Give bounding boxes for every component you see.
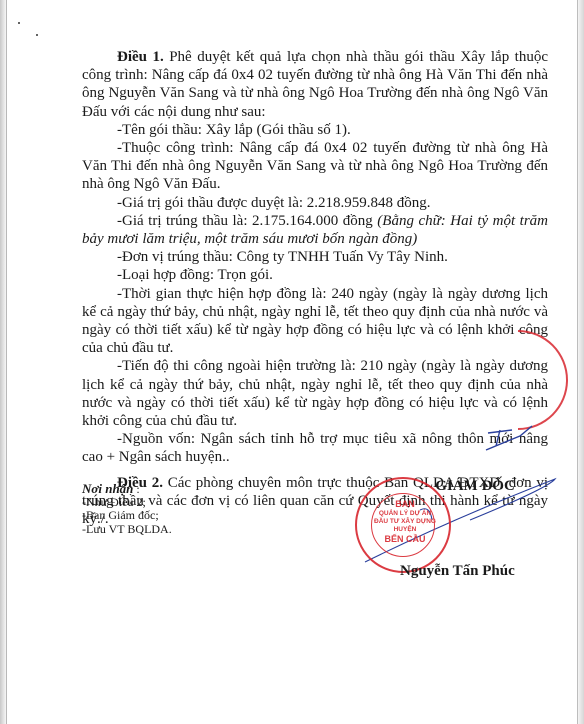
recipients-title: Nơi nhận : [82, 482, 172, 496]
article-1-heading: Điều 1. [117, 49, 164, 65]
item-contract-type: -Loại hợp đồng: Trọn gói. [82, 266, 548, 284]
recipients-block: Nơi nhận : -Như Điều 2; -Ban Giám đốc; -… [82, 482, 172, 536]
item-approved-value: -Giá trị gói thầu được duyệt là: 2.218.9… [82, 194, 548, 212]
recipient-item: -Ban Giám đốc; [82, 509, 172, 522]
recipient-item: -Lưu VT BQLDA. [82, 523, 172, 536]
item-funding-source: -Nguồn vốn: Ngân sách tỉnh hỗ trợ mục ti… [82, 430, 548, 466]
item-package-name: -Tên gói thầu: Xây lắp (Gói thầu số 1). [82, 121, 548, 139]
item-project: -Thuộc công trình: Nâng cấp đá 0x4 02 tu… [82, 139, 548, 194]
item-winning-contractor: -Đơn vị trúng thầu: Công ty TNHH Tuấn Vy… [82, 248, 548, 266]
signer-name: Nguyễn Tấn Phúc [400, 563, 515, 580]
right-border [577, 0, 584, 724]
article-1: Điều 1. Phê duyệt kết quả lựa chọn nhà t… [82, 48, 548, 121]
page-seal-partial [518, 330, 568, 430]
scan-speck [18, 22, 20, 24]
scan-speck [36, 34, 38, 36]
item-construction-schedule: -Tiến độ thi công ngoài hiện trường là: … [82, 357, 548, 430]
winning-value-text: -Giá trị trúng thầu là: 2.175.164.000 đồ… [117, 213, 377, 229]
stamp-text: BAN QUẢN LÝ DỰ ÁN ĐẦU TƯ XÂY DỰNG HUYỆN … [357, 499, 453, 545]
item-winning-value: -Giá trị trúng thầu là: 2.175.164.000 đồ… [82, 212, 548, 248]
left-border [0, 0, 7, 724]
document-body: Điều 1. Phê duyệt kết quả lựa chọn nhà t… [82, 48, 548, 528]
signer-position: GIÁM ĐỐC [400, 478, 550, 495]
item-contract-duration: -Thời gian thực hiện hợp đồng là: 240 ng… [82, 285, 548, 358]
